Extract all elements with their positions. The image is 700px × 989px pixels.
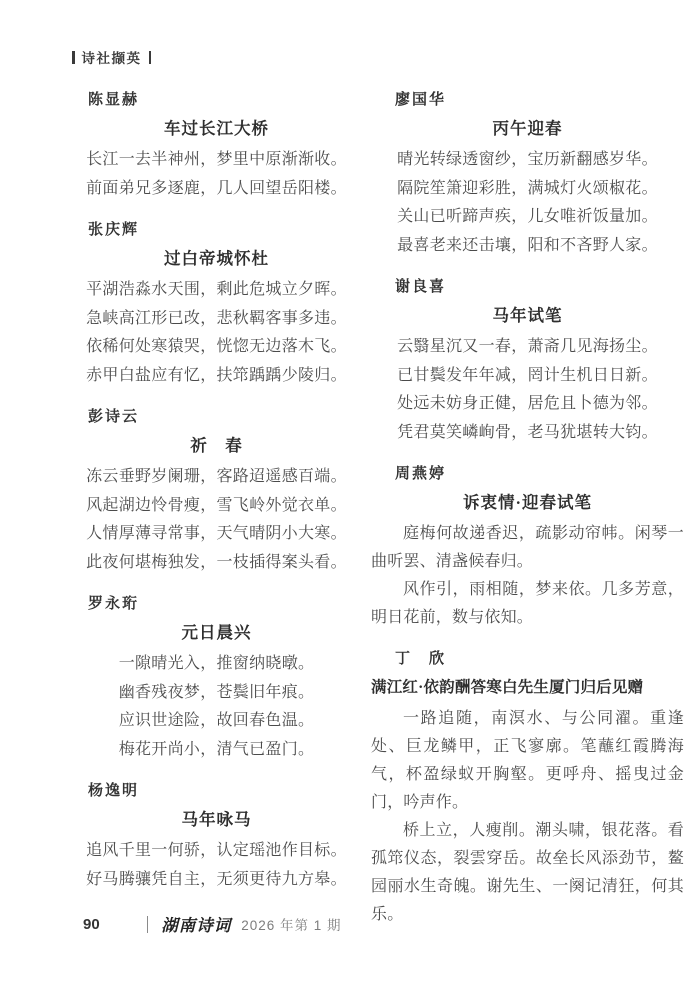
poem-line: 追风千里一何骄，认定瑶池作目标。 [73,837,360,866]
poem-stanza: 一路追随，南溟水、与公同濯。重逢处、巨龙鳞甲，正飞寥廓。笔蘸红霞腾海气，杯盈绿蚁… [371,705,684,817]
poem-stanza: 桥上立，人瘦削。潮头啸，银花落。看孤筇仪态，裂雲穿岳。故垒长风添劲节，鳌园丽水生… [371,817,684,929]
poem-title: 诉衷情·迎春试笔 [371,492,684,514]
poem-author: 周燕婷 [395,464,684,484]
poem-liao-guohua: 廖国华 丙午迎春 晴光转绿透窗纱，宝历新翻感岁华。 隔院笙箫迎彩胜，满城灯火颂椒… [371,90,684,260]
poem-chen-xianhe: 陈显赫 车过长江大桥 长江一去半神州，梦里中原渐渐收。 前面弟兄多逐鹿，几人回望… [73,90,360,203]
poem-author: 彭诗云 [88,407,360,427]
footer-divider [147,916,149,933]
page-number: 90 [83,916,100,933]
poem-luo-yongheng: 罗永珩 元日晨兴 一隙晴光入，推窗纳晓暾。 幽香残夜梦，苍鬓旧年痕。 应识世途险… [73,594,360,764]
poem-line: 风起湖边怜骨瘦，雪飞岭外觉衣单。 [73,492,360,521]
poem-xie-liangxi: 谢良喜 马年试笔 云翳星沉又一春，萧斋几见海扬尘。 已甘鬓发年年减，罔计生机日日… [371,277,684,447]
poem-line: 晴光转绿透窗纱，宝历新翻感岁华。 [371,146,684,175]
poem-zhang-qinghui: 张庆辉 过白帝城怀杜 平湖浩淼水天围，剩此危城立夕晖。 急峡高江形已改，悲秋羁客… [73,220,360,390]
poem-line: 赤甲白盐应有忆，扶筇踽踽少陵归。 [73,362,360,391]
poem-title: 马年咏马 [73,809,360,831]
poem-author: 陈显赫 [88,90,360,110]
poem-peng-shiyun: 彭诗云 祈 春 冻云垂野岁阑珊，客路迢遥感百端。 风起湖边怜骨瘦，雪飞岭外觉衣单… [73,407,360,577]
poem-author: 罗永珩 [88,594,360,614]
poem-columns: 陈显赫 车过长江大桥 长江一去半神州，梦里中原渐渐收。 前面弟兄多逐鹿，几人回望… [0,90,700,946]
issue-label: 2026 年第 1 期 [241,914,341,934]
poem-line: 梅花开尚小，清气已盈门。 [73,736,360,765]
poem-line: 云翳星沉又一春，萧斋几见海扬尘。 [371,333,684,362]
poem-author: 丁 欣 [395,649,684,669]
poem-zhou-yanting: 周燕婷 诉衷情·迎春试笔 庭梅何故递香迟，疏影动帘帏。闲琴一曲听罢、清盏候春归。… [371,464,684,632]
poem-line: 应识世途险，故回春色温。 [73,707,360,736]
poem-line: 此夜何堪梅独发，一枝插得案头看。 [73,549,360,578]
poem-line: 人情厚薄寻常事，天气晴阴小大寒。 [73,520,360,549]
poem-line: 长江一去半神州，梦里中原渐渐收。 [73,146,360,175]
section-header-label: 诗社撷英 [82,47,142,67]
poem-ding-xin: 丁 欣 满江红·依韵酬答寒白先生厦门归后见赠 一路追随，南溟水、与公同濯。重逢处… [371,649,684,929]
poem-line: 隔院笙箫迎彩胜，满城灯火颂椒花。 [371,175,684,204]
poem-line: 平湖浩淼水天围，剩此危城立夕晖。 [73,276,360,305]
section-header: 诗社撷英 [72,47,151,67]
poem-line: 好马腾骧凭自主，无须更待九方皋。 [73,866,360,895]
poem-line: 依稀何处寒猿哭，恍惚无边落木飞。 [73,333,360,362]
magazine-page: 诗社撷英 陈显赫 车过长江大桥 长江一去半神州，梦里中原渐渐收。 前面弟兄多逐鹿… [0,0,700,989]
poem-title: 车过长江大桥 [73,118,360,140]
poem-line: 冻云垂野岁阑珊，客路迢遥感百端。 [73,463,360,492]
poem-stanza: 庭梅何故递香迟，疏影动帘帏。闲琴一曲听罢、清盏候春归。 [371,520,684,576]
journal-name: 湖南诗词 [161,912,231,936]
poem-line: 关山已听蹄声疾，儿女唯祈饭量加。 [371,203,684,232]
poem-line: 急峡高江形已改，悲秋羁客事多违。 [73,305,360,334]
right-column: 廖国华 丙午迎春 晴光转绿透窗纱，宝历新翻感岁华。 隔院笙箫迎彩胜，满城灯火颂椒… [371,90,684,946]
poem-author: 谢良喜 [395,277,684,297]
poem-line: 一隙晴光入，推窗纳晓暾。 [73,650,360,679]
header-bar-left [72,51,75,64]
poem-title: 祈 春 [73,435,360,457]
poem-line: 处远未妨身正健，居危且卜德为邻。 [371,390,684,419]
poem-line: 最喜老来还击壤，阳和不吝野人家。 [371,232,684,261]
poem-title: 过白帝城怀杜 [73,248,360,270]
poem-stanza: 风作引，雨相随，梦来依。几多芳意，明日花前，数与依知。 [371,576,684,632]
poem-title: 丙午迎春 [371,118,684,140]
poem-yang-yiming: 杨逸明 马年咏马 追风千里一何骄，认定瑶池作目标。 好马腾骧凭自主，无须更待九方… [73,781,360,894]
left-column: 陈显赫 车过长江大桥 长江一去半神州，梦里中原渐渐收。 前面弟兄多逐鹿，几人回望… [73,90,360,946]
poem-author: 廖国华 [395,90,684,110]
poem-line: 前面弟兄多逐鹿，几人回望岳阳楼。 [73,175,360,204]
poem-line: 凭君莫笑嶙峋骨，老马犹堪转大钧。 [371,419,684,448]
poem-author: 张庆辉 [88,220,360,240]
poem-line: 已甘鬓发年年减，罔计生机日日新。 [371,362,684,391]
poem-title: 马年试笔 [371,305,684,327]
poem-line: 幽香残夜梦，苍鬓旧年痕。 [73,679,360,708]
poem-title: 满江红·依韵酬答寒白先生厦门归后见赠 [371,677,684,699]
poem-author: 杨逸明 [88,781,360,801]
page-footer: 90 湖南诗词 2026 年第 1 期 [83,912,341,936]
header-bar-right [149,51,152,64]
poem-title: 元日晨兴 [73,622,360,644]
